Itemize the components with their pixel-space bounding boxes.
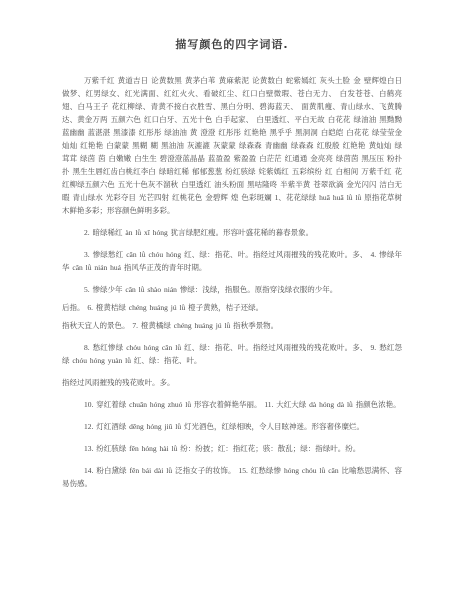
- entry-paragraph-2: 2. 暗绿稀红 àn lǜ xī hóng 犹言绿肥红瘦。形容叶盛花稀的暮春景象…: [62, 226, 402, 239]
- entry-paragraph-12: 12. 灯红酒绿 dēng hóng jiǔ lǜ 灯光酒色，红绿相映，令人目眩…: [62, 420, 402, 433]
- entry-paragraph-14-15: 14. 粉白黛绿 fěn bái dài lǜ 泛指女子的妆饰。 15. 红愁绿…: [62, 464, 402, 490]
- entry-paragraph-10-11: 10. 穿红着绿 chuān hóng zhuó lǜ 形容衣着鲜艳华丽。 11…: [62, 398, 402, 411]
- entry-paragraph-6: 后指。 6. 橙黄桔绿 chéng huáng jú lǜ 橙子黄熟，桔子还绿。: [62, 301, 402, 314]
- entry-continuation-paragraph: 指经过风雨摧残的残花败叶。多。: [62, 376, 402, 389]
- entry-paragraph-7: 指秋天宜人的景色。 7. 橙黄橘绿 chéng huáng jú lǜ 指秋季景…: [62, 319, 402, 332]
- entry-paragraph-13: 13. 纷红骇绿 fēn hóng hài lǜ 纷：纷披；红：指红花；骇：散乱…: [62, 442, 402, 455]
- document-title: 描写颜色的四字词语.: [62, 36, 402, 52]
- entry-paragraph-8-9: 8. 愁红惨绿 chóu hóng cǎn lǜ 红、绿：指花、叶。指经过风雨摧…: [62, 341, 402, 367]
- word-list-paragraph: 万紫千红 黄道吉日 论黄数黑 黄茅白苇 黄麻紫泥 论黄数白 蛇紫嫣红 灰头土脸 …: [62, 74, 402, 217]
- entry-paragraph-5: 5. 惨绿少年 cǎn lǜ shào nián 惨绿：浅绿，指服色。原指穿浅绿…: [62, 283, 402, 296]
- document-page: 描写颜色的四字词语. 万紫千红 黄道吉日 论黄数黑 黄茅白苇 黄麻紫泥 论黄数白…: [0, 0, 463, 600]
- entry-paragraph-3-4: 3. 惨绿愁红 cǎn lǜ chóu hóng 红、绿：指花、叶。指经过风雨摧…: [62, 248, 402, 274]
